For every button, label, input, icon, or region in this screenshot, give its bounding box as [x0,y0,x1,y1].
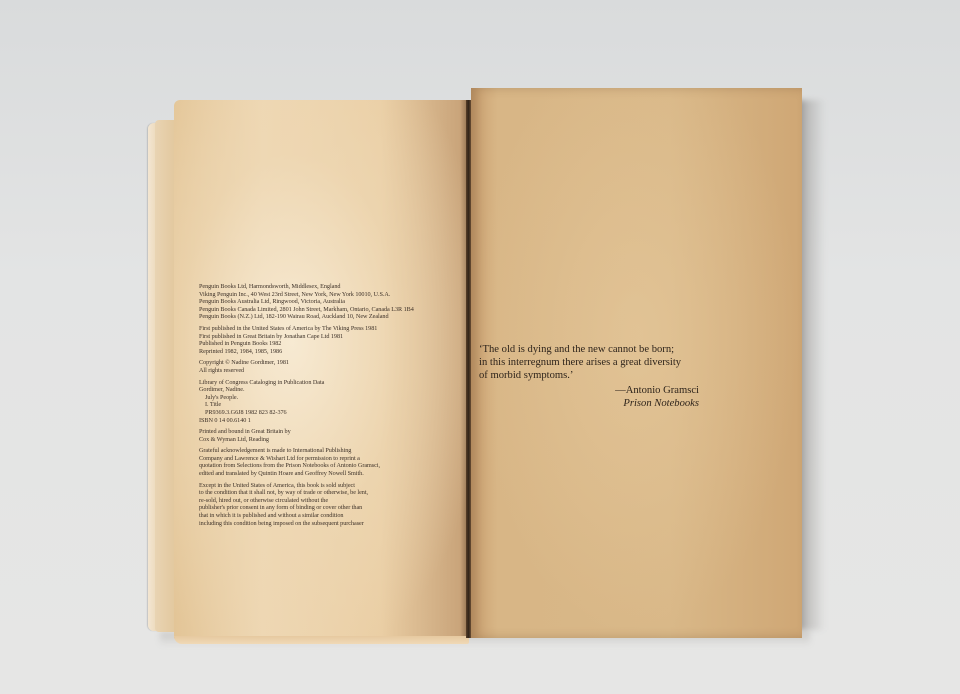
printing-line: Printed and bound in Great Britain by [199,428,439,436]
printing-block: Printed and bound in Great Britain by Co… [199,428,439,443]
acknowledgement-line: edited and translated by Quintin Hoare a… [199,470,439,478]
photo-scene: Penguin Books Ltd, Harmondsworth, Middle… [0,0,960,694]
publisher-line: Penguin Books Australia Ltd, Ringwood, V… [199,298,439,306]
publishers-block: Penguin Books Ltd, Harmondsworth, Middle… [199,283,439,321]
conditions-line: publisher's prior consent in any form of… [199,504,439,512]
acknowledgement-line: Grateful acknowledgement is made to Inte… [199,447,439,455]
cataloging-classification: PR9369.3.G6J8 1982 823 82-376 [199,409,439,417]
history-line: First published in the United States of … [199,325,439,333]
quote-line: ‘The old is dying and the new cannot be … [479,343,709,356]
publisher-line: Penguin Books Ltd, Harmondsworth, Middle… [199,283,439,291]
publisher-line: Viking Penguin Inc., 40 West 23rd Street… [199,291,439,299]
conditions-line: that in which it is published and withou… [199,512,439,520]
isbn: ISBN 0 14 00.6140 1 [199,417,439,425]
publication-history-block: First published in the United States of … [199,325,439,355]
history-line: Published in Penguin Books 1982 [199,340,439,348]
quote-source: Prison Notebooks [479,397,709,410]
cataloging-author: Gordimer, Nadine. [199,386,439,394]
quote-line: of morbid symptoms.’ [479,369,709,382]
cataloging-block: Library of Congress Cataloging in Public… [199,379,439,425]
printing-line: Cox & Wyman Ltd, Reading [199,436,439,444]
epigraph: ‘The old is dying and the new cannot be … [479,343,709,410]
conditions-line: Except in the United States of America, … [199,482,439,490]
cataloging-heading: Library of Congress Cataloging in Public… [199,379,439,387]
copyright-block: Copyright © Nadine Gordimer, 1981 All ri… [199,359,439,374]
cataloging-subject: I. Title [199,401,439,409]
acknowledgement-line: Company and Lawrence & Wishart Ltd for p… [199,455,439,463]
conditions-line: including this condition being imposed o… [199,520,439,528]
quote-line: in this interregnum there arises a great… [479,356,709,369]
copyright-text: Penguin Books Ltd, Harmondsworth, Middle… [199,283,439,531]
quote-attribution: —Antonio Gramsci [479,384,709,397]
conditions-line: re-sold, hired out, or otherwise circula… [199,497,439,505]
copyright-line: Copyright © Nadine Gordimer, 1981 [199,359,439,367]
acknowledgement-line: quotation from Selections from the Priso… [199,462,439,470]
history-line: Reprinted 1982, 1984, 1985, 1986 [199,348,439,356]
publisher-line: Penguin Books (N.Z.) Ltd, 182-190 Wairau… [199,313,439,321]
cataloging-title: July's People. [199,394,439,402]
publisher-line: Penguin Books Canada Limited, 2801 John … [199,306,439,314]
conditions-line: to the condition that it shall not, by w… [199,489,439,497]
rights-line: All rights reserved [199,367,439,375]
history-line: First published in Great Britain by Jona… [199,333,439,341]
acknowledgement-block: Grateful acknowledgement is made to Inte… [199,447,439,477]
conditions-block: Except in the United States of America, … [199,482,439,528]
